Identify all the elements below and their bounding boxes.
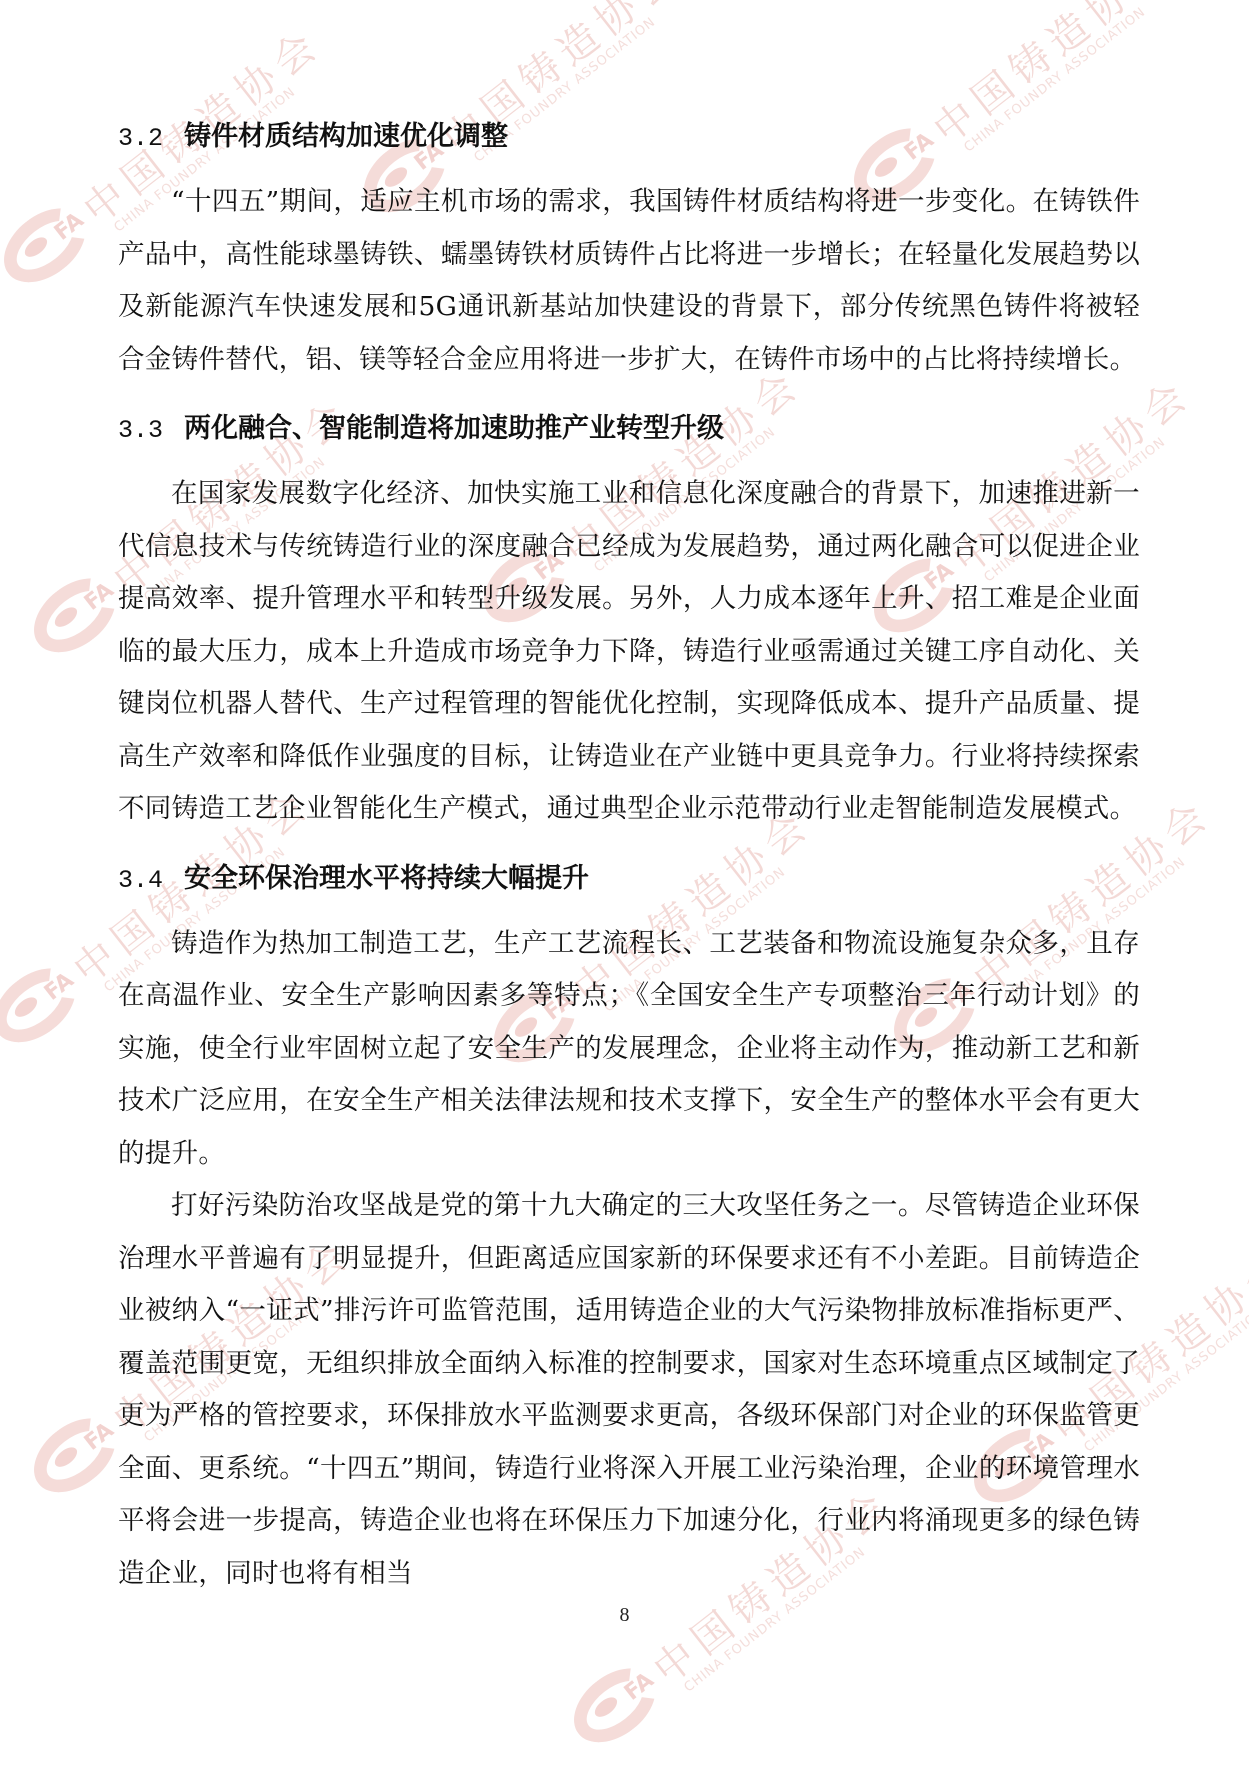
section-title: 安全环保治理水平将持续大幅提升: [184, 860, 589, 898]
section-number: 3.4: [118, 862, 184, 900]
watermark-logo-text: FA: [80, 577, 119, 615]
cfa-logo-icon: [0, 193, 99, 297]
paragraph: 铸造作为热加工制造工艺，生产工艺流程长、工艺装备和物流设施复杂众多，且存在高温作…: [118, 918, 1140, 1181]
section-heading-3-4: 3.4 安全环保治理水平将持续大幅提升: [118, 860, 1140, 900]
watermark-logo-text: FA: [80, 1417, 119, 1455]
watermark-logo-text: FA: [620, 1667, 659, 1705]
cfa-logo-icon: [20, 1403, 129, 1507]
paragraph: 在国家发展数字化经济、加快实施工业和信息化深度融合的背景下，加速推进新一代信息技…: [118, 468, 1140, 836]
cfa-logo-icon: [20, 563, 129, 667]
cfa-logo-icon: [0, 953, 89, 1057]
section-heading-3-3: 3.3 两化融合、智能制造将加速助推产业转型升级: [118, 410, 1140, 450]
section-title: 两化融合、智能制造将加速助推产业转型升级: [184, 410, 724, 448]
watermark-logo-text: FA: [50, 207, 89, 245]
section-heading-3-2: 3.2 铸件材质结构加速优化调整: [118, 118, 1140, 158]
paragraph: 打好污染防治攻坚战是党的第十九大确定的三大攻坚任务之一。尽管铸造企业环保治理水平…: [118, 1180, 1140, 1600]
section-title: 铸件材质结构加速优化调整: [184, 118, 508, 156]
watermark-logo-text: FA: [40, 967, 79, 1005]
document-page: 3.2 铸件材质结构加速优化调整 “十四五”期间，适应主机市场的需求，我国铸件材…: [118, 118, 1140, 1600]
section-number: 3.3: [118, 412, 184, 450]
cfa-logo-icon: [560, 1653, 669, 1757]
section-number: 3.2: [118, 120, 184, 158]
paragraph: “十四五”期间，适应主机市场的需求，我国铸件材质结构将进一步变化。在铸铁件产品中…: [118, 176, 1140, 386]
page-number: 8: [0, 1604, 1249, 1627]
